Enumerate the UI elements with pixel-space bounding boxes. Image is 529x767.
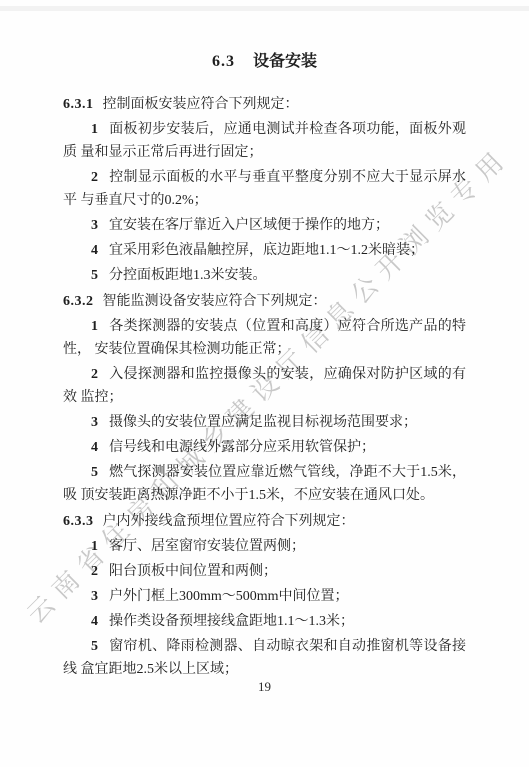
clause-heading-632: 6.3.2智能监测设备安装应符合下列规定： (63, 290, 466, 313)
item-number: 2 (91, 564, 98, 579)
page-content: 6.3 设备安装 6.3.1控制面板安装应符合下列规定： 1面板初步安装后，应通… (63, 0, 466, 683)
clause-item: 3摄像头的安装位置应满足监视目标视场范围要求； (63, 411, 466, 434)
item-text: 面板初步安装后，应通电测试并检查各项功能，面板外观质 量和显示正常后再进行固定； (63, 122, 466, 160)
item-number: 5 (91, 639, 98, 654)
clause-text: 智能监测设备安装应符合下列规定： (103, 294, 327, 309)
clause-item: 2阳台顶板中间位置和两侧； (63, 560, 466, 583)
item-text: 操作类设备预埋接线盒距地1.1～1.3米； (109, 614, 354, 629)
clause-heading-631: 6.3.1控制面板安装应符合下列规定： (63, 93, 466, 116)
item-number: 4 (91, 440, 98, 455)
clause-text: 控制面板安装应符合下列规定： (103, 97, 299, 112)
clause-heading-633: 6.3.3户内外接线盒预埋位置应符合下列规定： (63, 510, 466, 533)
item-text: 分控面板距地1.3米安装。 (109, 268, 267, 283)
item-number: 1 (91, 319, 98, 334)
clause-number: 6.3.1 (63, 97, 94, 112)
clause-item: 2入侵探测器和监控摄像头的安装，应确保对防护区域的有效 监控； (63, 363, 466, 409)
item-text: 客厅、居室窗帘安装位置两侧； (109, 539, 305, 554)
item-text: 宜采用彩色液晶触控屏，底边距地1.1～1.2米暗装； (109, 243, 424, 258)
item-text: 信号线和电源线外露部分应采用软管保护； (109, 440, 375, 455)
item-number: 2 (91, 367, 98, 382)
clause-item: 1客厅、居室窗帘安装位置两侧； (63, 535, 466, 558)
clause-item: 1各类探测器的安装点（位置和高度）应符合所选产品的特性， 安装位置确保其检测功能… (63, 315, 466, 361)
clause-item: 5窗帘机、降雨检测器、自动晾衣架和自动推窗机等设备接线 盒宜距地2.5米以上区域… (63, 635, 466, 681)
page-title: 6.3 设备安装 (63, 52, 466, 72)
item-number: 4 (91, 614, 98, 629)
clause-item: 5燃气探测器安装位置应靠近燃气管线，净距不大于1.5米，吸 顶安装距离热源净距不… (63, 461, 466, 507)
clause-item: 4宜采用彩色液晶触控屏，底边距地1.1～1.2米暗装； (63, 239, 466, 262)
item-number: 3 (91, 218, 98, 233)
item-text: 各类探测器的安装点（位置和高度）应符合所选产品的特性， 安装位置确保其检测功能正… (63, 319, 466, 357)
title-text: 设备安装 (253, 53, 317, 70)
item-text: 户外门框上300mm～500mm中间位置； (109, 589, 349, 604)
item-text: 摄像头的安装位置应满足监视目标视场范围要求； (109, 415, 417, 430)
clause-item: 3户外门框上300mm～500mm中间位置； (63, 585, 466, 608)
item-number: 5 (91, 465, 98, 480)
item-number: 1 (91, 122, 98, 137)
item-number: 3 (91, 589, 98, 604)
item-text: 阳台顶板中间位置和两侧； (109, 564, 277, 579)
item-text: 宜安装在客厅靠近入户区域便于操作的地方； (109, 218, 389, 233)
item-text: 窗帘机、降雨检测器、自动晾衣架和自动推窗机等设备接线 盒宜距地2.5米以上区域； (63, 639, 466, 677)
item-number: 4 (91, 243, 98, 258)
item-number: 3 (91, 415, 98, 430)
clause-text: 户内外接线盒预埋位置应符合下列规定： (103, 514, 355, 529)
page-number: 19 (0, 679, 529, 695)
clause-number: 6.3.2 (63, 294, 94, 309)
clause-item: 2控制显示面板的水平与垂直平整度分别不应大于显示屏水平 与垂直尺寸的0.2%； (63, 166, 466, 212)
clause-item: 5分控面板距地1.3米安装。 (63, 264, 466, 287)
item-text: 燃气探测器安装位置应靠近燃气管线，净距不大于1.5米，吸 顶安装距离热源净距不小… (63, 465, 466, 503)
clause-number: 6.3.3 (63, 514, 94, 529)
item-number: 5 (91, 268, 98, 283)
clause-item: 4操作类设备预埋接线盒距地1.1～1.3米； (63, 610, 466, 633)
document-page: 云南省住房和城乡建设厅信息公开浏览专用 6.3 设备安装 6.3.1控制面板安装… (0, 0, 529, 767)
clause-item: 3宜安装在客厅靠近入户区域便于操作的地方； (63, 214, 466, 237)
clause-item: 4信号线和电源线外露部分应采用软管保护； (63, 436, 466, 459)
item-text: 控制显示面板的水平与垂直平整度分别不应大于显示屏水平 与垂直尺寸的0.2%； (63, 170, 466, 208)
item-text: 入侵探测器和监控摄像头的安装，应确保对防护区域的有效 监控； (63, 367, 466, 405)
item-number: 1 (91, 539, 98, 554)
clause-item: 1面板初步安装后，应通电测试并检查各项功能，面板外观质 量和显示正常后再进行固定… (63, 118, 466, 164)
item-number: 2 (91, 170, 98, 185)
title-clause-number: 6.3 (212, 53, 235, 70)
